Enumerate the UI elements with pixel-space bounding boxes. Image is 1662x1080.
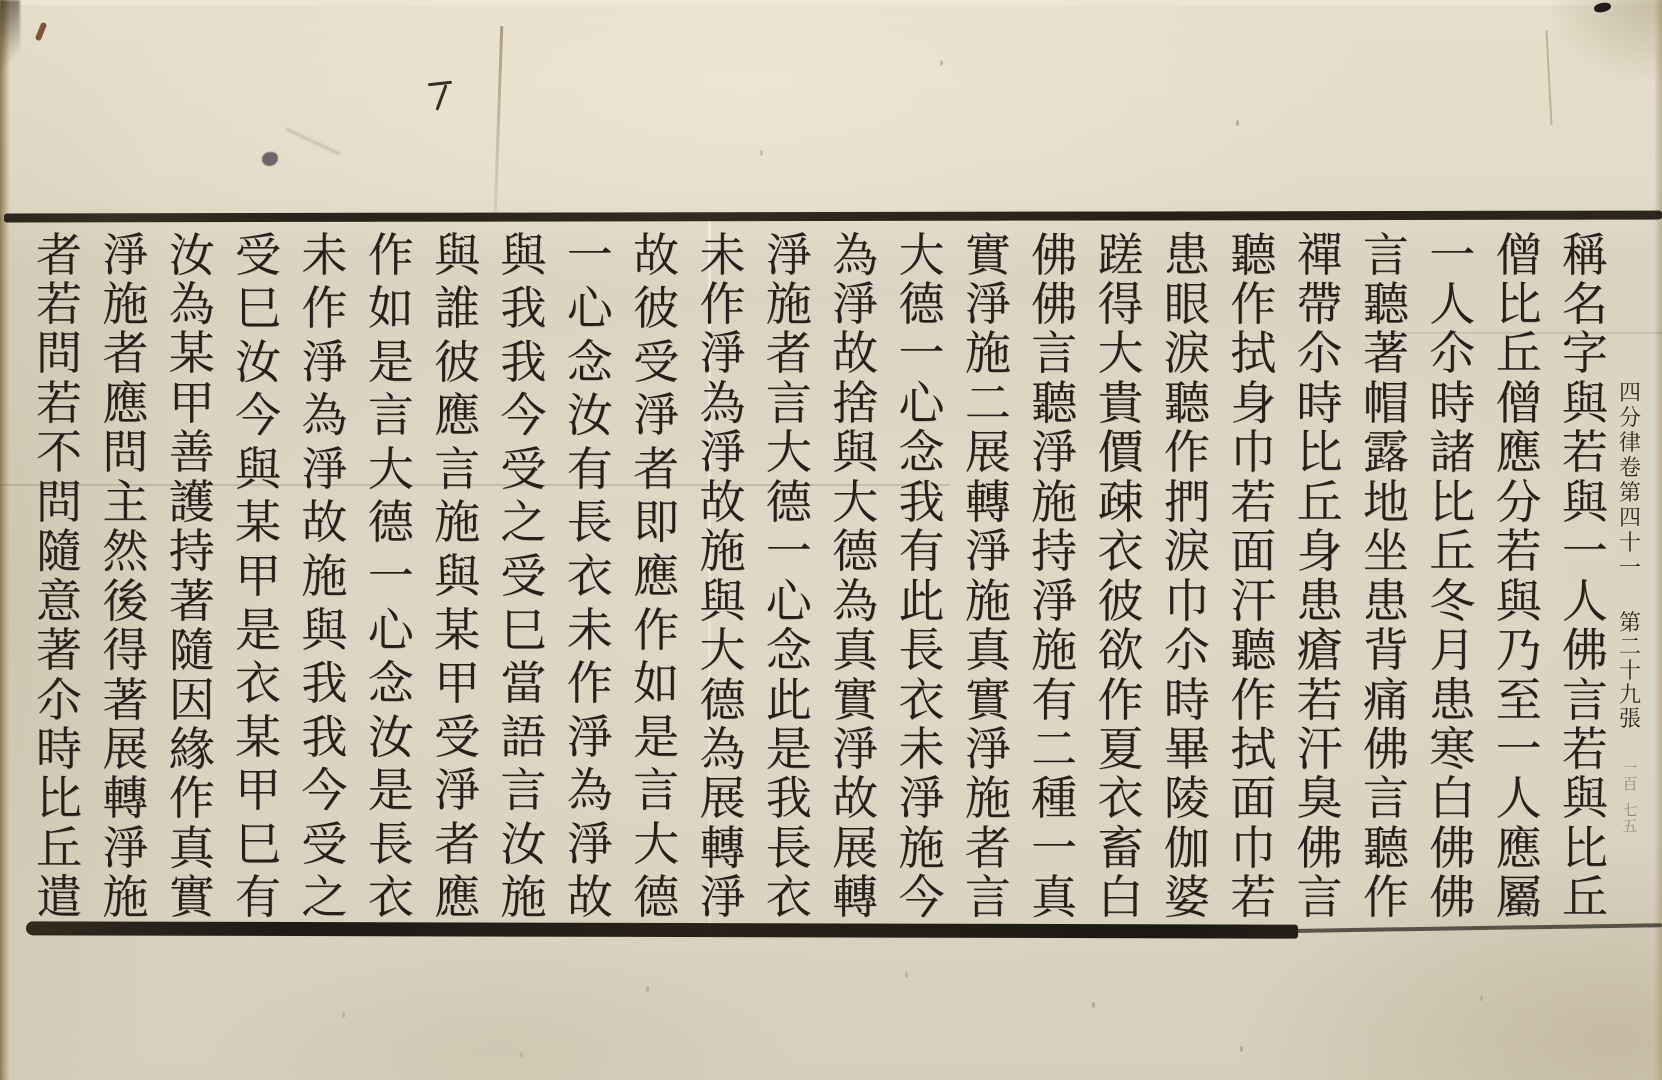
glyph: 分 — [1490, 477, 1548, 526]
glyph: 實 — [959, 230, 1017, 279]
glyph: 我 — [295, 659, 353, 708]
glyph: 淨 — [1025, 428, 1083, 477]
glyph: 聽 — [1158, 378, 1216, 427]
glyph: 汝 — [163, 230, 221, 279]
glyph: 實 — [826, 675, 884, 724]
glyph: 丘 — [1423, 527, 1481, 576]
glyph: 施 — [959, 576, 1017, 625]
paper-crease — [494, 26, 504, 214]
glyph: 丘 — [1490, 329, 1548, 378]
glyph: 身 — [1224, 378, 1282, 427]
glyph: 作 — [693, 279, 751, 328]
glyph: 真 — [163, 823, 221, 872]
glyph: 念 — [760, 626, 818, 675]
glyph: 丘 — [1291, 477, 1349, 526]
glyph: 寒 — [1423, 725, 1481, 774]
glyph: 甲 — [428, 659, 486, 708]
glyph: 大 — [1092, 329, 1150, 378]
glyph: 張 — [1619, 709, 1641, 733]
glyph: 故 — [826, 329, 884, 378]
text-column-4: 言聽著帽露地坐患背痛佛言聽作 — [1357, 230, 1415, 922]
text-column-9: 佛佛言聽淨施持淨施有二種一真 — [1025, 230, 1083, 922]
glyph: 應 — [627, 551, 685, 600]
glyph: 名 — [1556, 279, 1614, 328]
glyph: 淨 — [693, 873, 751, 922]
text-column-20: 未作淨為淨故施與我我今受之 — [295, 230, 353, 922]
glyph: 作 — [627, 605, 685, 654]
glyph: 受 — [494, 551, 552, 600]
glyph: 尒 — [30, 675, 88, 724]
glyph: 問 — [96, 428, 154, 477]
glyph: 轉 — [96, 774, 154, 823]
text-column-2: 僧比丘僧應分若與乃至一人應屬 — [1490, 230, 1548, 922]
text-column-24: 者若問若不問隨意著尒時比丘遣 — [30, 230, 88, 922]
glyph: 遣 — [30, 873, 88, 922]
glyph: 丘 — [1556, 873, 1614, 922]
glyph: 衣 — [892, 675, 950, 724]
glyph: 淨 — [428, 766, 486, 815]
glyph: 僧 — [1490, 230, 1548, 279]
glyph: 捫 — [1158, 477, 1216, 526]
glyph: 應 — [428, 391, 486, 440]
glyph: 汗 — [1224, 576, 1282, 625]
glyph: 德 — [826, 527, 884, 576]
glyph: 受 — [229, 230, 287, 279]
glyph: 實 — [163, 873, 221, 922]
glyph: 為 — [693, 378, 751, 427]
glyph: 轉 — [826, 873, 884, 922]
glyph: 瘡 — [1291, 626, 1349, 675]
glyph: 德 — [693, 675, 751, 724]
glyph: 時 — [1291, 378, 1349, 427]
glyph: 故 — [627, 230, 685, 279]
glyph: 淨 — [693, 329, 751, 378]
glyph: 甲 — [163, 378, 221, 427]
glyph: 若 — [1224, 873, 1282, 922]
glyph: 作 — [362, 230, 420, 279]
glyph: 為 — [693, 725, 751, 774]
glyph: 時 — [1423, 378, 1481, 427]
glyph: 應 — [96, 378, 154, 427]
glyph: 應 — [1490, 428, 1548, 477]
glyph: 大 — [892, 230, 950, 279]
glyph: 轉 — [959, 477, 1017, 526]
glyph: 一 — [1490, 725, 1548, 774]
glyph: 未 — [295, 230, 353, 279]
glyph: 大 — [693, 626, 751, 675]
glyph: 有 — [892, 527, 950, 576]
glyph: 二 — [1619, 637, 1641, 661]
glyph: 乃 — [1490, 626, 1548, 675]
glyph: 淚 — [1158, 527, 1216, 576]
glyph: 應 — [428, 873, 486, 922]
glyph: 拭 — [1224, 329, 1282, 378]
glyph: 應 — [1490, 823, 1548, 872]
glyph: 隨 — [30, 527, 88, 576]
text-column-14: 未作淨為淨故施與大德為展轉淨 — [693, 230, 751, 922]
glyph: 即 — [627, 498, 685, 547]
glyph: 汝 — [494, 819, 552, 868]
glyph: 聽 — [1357, 823, 1415, 872]
glyph: 作 — [561, 659, 619, 708]
glyph: 言 — [1025, 329, 1083, 378]
text-column-5: 禪帶尒時比丘身患瘡若汗臭佛言 — [1291, 230, 1349, 922]
glyph: 受 — [428, 712, 486, 761]
glyph: 一 — [362, 551, 420, 600]
glyph: 德 — [627, 873, 685, 922]
glyph: 衣 — [362, 873, 420, 922]
glyph: 真 — [1025, 873, 1083, 922]
glyph: 施 — [96, 279, 154, 328]
glyph: 身 — [1291, 527, 1349, 576]
glyph: 者 — [760, 329, 818, 378]
glyph: 念 — [362, 659, 420, 708]
glyph: 隨 — [163, 626, 221, 675]
glyph: 禪 — [1291, 230, 1349, 279]
glyph: 巳 — [229, 284, 287, 333]
glyph: 屬 — [1490, 873, 1548, 922]
glyph: 不 — [30, 428, 88, 477]
glyph: 著 — [163, 576, 221, 625]
glyph: 念 — [892, 428, 950, 477]
glyph: 今 — [229, 391, 287, 440]
glyph: 汗 — [1291, 725, 1349, 774]
glyph: 我 — [760, 774, 818, 823]
glyph: 作 — [1092, 675, 1150, 724]
glyph: 今 — [494, 391, 552, 440]
glyph: 淨 — [96, 230, 154, 279]
glyph: 某 — [229, 498, 287, 547]
text-column-6: 聽作拭身巾若面汗聽作拭面巾若 — [1224, 230, 1282, 922]
glyph: 如 — [362, 284, 420, 333]
glyph: 比 — [1291, 428, 1349, 477]
glyph: 故 — [295, 498, 353, 547]
glyph: 淚 — [1158, 329, 1216, 378]
glyph: 我 — [494, 284, 552, 333]
glyph: 彼 — [428, 337, 486, 386]
glyph: 帽 — [1357, 378, 1415, 427]
glyph: 心 — [561, 284, 619, 333]
glyph: 卷 — [1619, 458, 1641, 483]
glyph: 佛 — [1423, 873, 1481, 922]
glyph: 佛 — [1025, 230, 1083, 279]
glyph: 冬 — [1423, 576, 1481, 625]
glyph: 五 — [1622, 819, 1637, 835]
glyph: 月 — [1423, 626, 1481, 675]
glyph: 彼 — [627, 284, 685, 333]
glyph: 僧 — [1490, 378, 1548, 427]
glyph: 語 — [494, 712, 552, 761]
glyph: 背 — [1357, 626, 1415, 675]
glyph: 白 — [1423, 774, 1481, 823]
glyph: 展 — [96, 725, 154, 774]
glyph: 大 — [362, 444, 420, 493]
glyph: 心 — [892, 378, 950, 427]
glyph: 是 — [627, 712, 685, 761]
glyph: 施 — [693, 527, 751, 576]
glyph: 十 — [1619, 533, 1641, 558]
glyph: 丘 — [30, 823, 88, 872]
paper-right-edge — [1654, 0, 1662, 1080]
glyph: 患 — [1158, 230, 1216, 279]
glyph: 衣 — [229, 659, 287, 708]
glyph: 某 — [229, 712, 287, 761]
glyph: 面 — [1224, 527, 1282, 576]
glyph: 稱 — [1556, 230, 1614, 279]
glyph: 淨 — [959, 725, 1017, 774]
glyph: 念 — [561, 337, 619, 386]
glyph: 與 — [826, 428, 884, 477]
glyph: 此 — [760, 675, 818, 724]
glyph: 淨 — [96, 823, 154, 872]
glyph: 種 — [1025, 774, 1083, 823]
glyph: 有 — [1025, 675, 1083, 724]
paper-fiber-flecks — [0, 0, 3, 6]
glyph: 汝 — [362, 712, 420, 761]
glyph: 今 — [295, 766, 353, 815]
glyph: 畜 — [1092, 823, 1150, 872]
glyph: 貴 — [1092, 378, 1150, 427]
collation-mark: 七五 — [1606, 803, 1654, 835]
paper-left-edge — [0, 0, 10, 1080]
glyph: 時 — [1158, 675, 1216, 724]
frame-line-bottom-thin — [1290, 923, 1662, 933]
collation-mark: 一百 — [1606, 761, 1654, 793]
glyph: 字 — [1556, 329, 1614, 378]
glyph: 衣 — [1092, 774, 1150, 823]
glyph: 若 — [30, 378, 88, 427]
glyph: 一 — [1025, 823, 1083, 872]
glyph: 淨 — [1025, 576, 1083, 625]
glyph: 施 — [428, 498, 486, 547]
glyph: 真 — [826, 626, 884, 675]
glyph: 患 — [1423, 675, 1481, 724]
text-column-12: 為淨故捨與大德為真實淨故展轉 — [826, 230, 884, 922]
text-columns: 稱名字與若與一人佛言若與比丘僧比丘僧應分若與乃至一人應屬一人尒時諸比丘冬月患寒白… — [30, 230, 1614, 922]
sheet-number: 第二十九張 — [1606, 613, 1654, 733]
text-column-15: 故彼受淨者即應作如是言大德 — [627, 230, 685, 922]
glyph: 著 — [30, 626, 88, 675]
glyph: 患 — [1357, 576, 1415, 625]
glyph: 第 — [1619, 613, 1641, 637]
glyph: 問 — [30, 329, 88, 378]
corner-shading — [1552, 0, 1662, 80]
frame-line-top — [4, 211, 1662, 223]
glyph: 尒 — [1423, 329, 1481, 378]
glyph: 展 — [826, 823, 884, 872]
glyph: 衣 — [760, 873, 818, 922]
glyph: 護 — [163, 477, 221, 526]
glyph: 德 — [760, 477, 818, 526]
glyph: 施 — [1025, 626, 1083, 675]
glyph: 誰 — [428, 284, 486, 333]
glyph: 蹉 — [1092, 230, 1150, 279]
glyph: 大 — [826, 477, 884, 526]
glyph: 受 — [494, 444, 552, 493]
glyph: 展 — [959, 428, 1017, 477]
glyph: 四 — [1619, 383, 1641, 408]
glyph: 與 — [428, 230, 486, 279]
glyph: 人 — [1423, 279, 1481, 328]
glyph: 施 — [1025, 477, 1083, 526]
glyph: 某 — [163, 329, 221, 378]
red-ink-mark — [35, 22, 48, 42]
glyph: 轉 — [693, 823, 751, 872]
glyph: 之 — [295, 873, 353, 922]
glyph: 聽 — [1224, 626, 1282, 675]
glyph: 彼 — [1092, 576, 1150, 625]
glyph: 臭 — [1291, 774, 1349, 823]
glyph: 一 — [760, 527, 818, 576]
glyph: 巾 — [1224, 823, 1282, 872]
glyph: 十 — [1619, 661, 1641, 685]
glyph: 淨 — [561, 819, 619, 868]
glyph: 淨 — [959, 527, 1017, 576]
glyph: 緣 — [163, 725, 221, 774]
glyph: 白 — [1092, 873, 1150, 922]
ink-blot — [262, 152, 278, 166]
glyph: 淨 — [627, 391, 685, 440]
volume-title: 四分律卷第四十一 — [1606, 383, 1654, 583]
glyph: 得 — [1092, 279, 1150, 328]
glyph: 施 — [959, 774, 1017, 823]
glyph: 與 — [693, 576, 751, 625]
glyph: 言 — [1357, 774, 1415, 823]
glyph: 我 — [892, 477, 950, 526]
glyph: 伽 — [1158, 823, 1216, 872]
glyph: 為 — [561, 766, 619, 815]
glyph: 欲 — [1092, 626, 1150, 675]
glyph: 九 — [1619, 685, 1641, 709]
glyph: 尒 — [1291, 329, 1349, 378]
glyph: 為 — [826, 576, 884, 625]
text-column-13: 淨施者言大德一心念此是我長衣 — [760, 230, 818, 922]
glyph: 未 — [693, 230, 751, 279]
glyph: 露 — [1357, 428, 1415, 477]
text-column-18: 與誰彼應言施與某甲受淨者應 — [428, 230, 486, 922]
glyph: 作 — [1224, 279, 1282, 328]
glyph: 問 — [30, 477, 88, 526]
glyph: 聽 — [1357, 279, 1415, 328]
glyph: 長 — [561, 498, 619, 547]
glyph: 帶 — [1291, 279, 1349, 328]
glyph: 作 — [295, 284, 353, 333]
text-column-10: 實淨施二展轉淨施真實淨施者言 — [959, 230, 1017, 922]
glyph: 面 — [1224, 774, 1282, 823]
glyph: 比 — [30, 774, 88, 823]
glyph: 言 — [1291, 873, 1349, 922]
text-column-11: 大德一心念我有此長衣未淨施今 — [892, 230, 950, 922]
glyph: 如 — [627, 659, 685, 708]
glyph: 言 — [494, 766, 552, 815]
glyph: 者 — [96, 329, 154, 378]
glyph: 淨 — [295, 444, 353, 493]
glyph: 今 — [892, 873, 950, 922]
text-column-23: 淨施者應問主然後得著展轉淨施 — [96, 230, 154, 922]
glyph: 未 — [892, 725, 950, 774]
glyph: 德 — [892, 279, 950, 328]
glyph: 諸 — [1423, 428, 1481, 477]
glyph: 真 — [959, 626, 1017, 675]
glyph: 一 — [1423, 230, 1481, 279]
glyph: 時 — [30, 725, 88, 774]
glyph: 二 — [959, 378, 1017, 427]
glyph: 善 — [163, 428, 221, 477]
glyph: 與 — [1490, 576, 1548, 625]
glyph: 淨 — [760, 230, 818, 279]
glyph: 主 — [96, 477, 154, 526]
glyph: 言 — [627, 766, 685, 815]
manuscript-page: 稱名字與若與一人佛言若與比丘僧比丘僧應分若與乃至一人應屬一人尒時諸比丘冬月患寒白… — [0, 0, 1662, 1080]
glyph: 佛 — [1025, 279, 1083, 328]
glyph: 為 — [826, 230, 884, 279]
glyph: 與 — [428, 551, 486, 600]
glyph: 施 — [96, 873, 154, 922]
glyph: 意 — [30, 576, 88, 625]
stray-pen-mark — [435, 84, 447, 110]
text-column-3: 一人尒時諸比丘冬月患寒白佛佛 — [1423, 230, 1481, 922]
text-column-17: 與我我今受之受巳當語言汝施 — [494, 230, 552, 922]
glyph: 故 — [693, 477, 751, 526]
text-column-21: 受巳汝今與某甲是衣某甲巳有 — [229, 230, 287, 922]
glyph: 百 — [1622, 777, 1637, 793]
glyph: 是 — [760, 725, 818, 774]
glyph: 施 — [494, 873, 552, 922]
glyph: 二 — [1025, 725, 1083, 774]
glyph: 甲 — [229, 766, 287, 815]
glyph: 一 — [1619, 558, 1641, 583]
glyph: 者 — [627, 444, 685, 493]
glyph: 坐 — [1357, 527, 1415, 576]
glyph: 衣 — [1092, 527, 1150, 576]
glyph: 淨 — [693, 428, 751, 477]
glyph: 作 — [1224, 675, 1282, 724]
glyph: 施 — [892, 823, 950, 872]
glyph: 佛 — [1423, 823, 1481, 872]
glyph: 言 — [428, 444, 486, 493]
glyph: 捨 — [826, 378, 884, 427]
glyph: 婆 — [1158, 873, 1216, 922]
glyph: 是 — [362, 337, 420, 386]
glyph: 衣 — [561, 551, 619, 600]
glyph: 與 — [494, 230, 552, 279]
glyph: 持 — [1025, 527, 1083, 576]
glyph: 淨 — [892, 774, 950, 823]
glyph: 未 — [561, 605, 619, 654]
glyph: 施 — [295, 551, 353, 600]
glyph: 言 — [362, 391, 420, 440]
glyph: 我 — [295, 712, 353, 761]
glyph: 一 — [892, 329, 950, 378]
glyph: 實 — [959, 675, 1017, 724]
glyph: 比 — [1490, 279, 1548, 328]
glyph: 巾 — [1158, 576, 1216, 625]
glyph: 後 — [96, 576, 154, 625]
collation-marks: 一百 七五 — [1606, 761, 1654, 835]
text-column-19: 作如是言大德一心念汝是長衣 — [362, 230, 420, 922]
glyph: 若 — [1490, 527, 1548, 576]
text-column-7: 患眼淚聽作捫淚巾尒時畢陵伽婆 — [1158, 230, 1216, 922]
glyph: 為 — [295, 391, 353, 440]
glyph: 與 — [229, 444, 287, 493]
glyph: 若 — [1291, 675, 1349, 724]
glyph: 人 — [1490, 774, 1548, 823]
glyph: 一 — [561, 230, 619, 279]
glyph: 長 — [362, 819, 420, 868]
glyph: 汝 — [229, 337, 287, 386]
glyph: 作 — [1357, 873, 1415, 922]
glyph: 言 — [959, 873, 1017, 922]
